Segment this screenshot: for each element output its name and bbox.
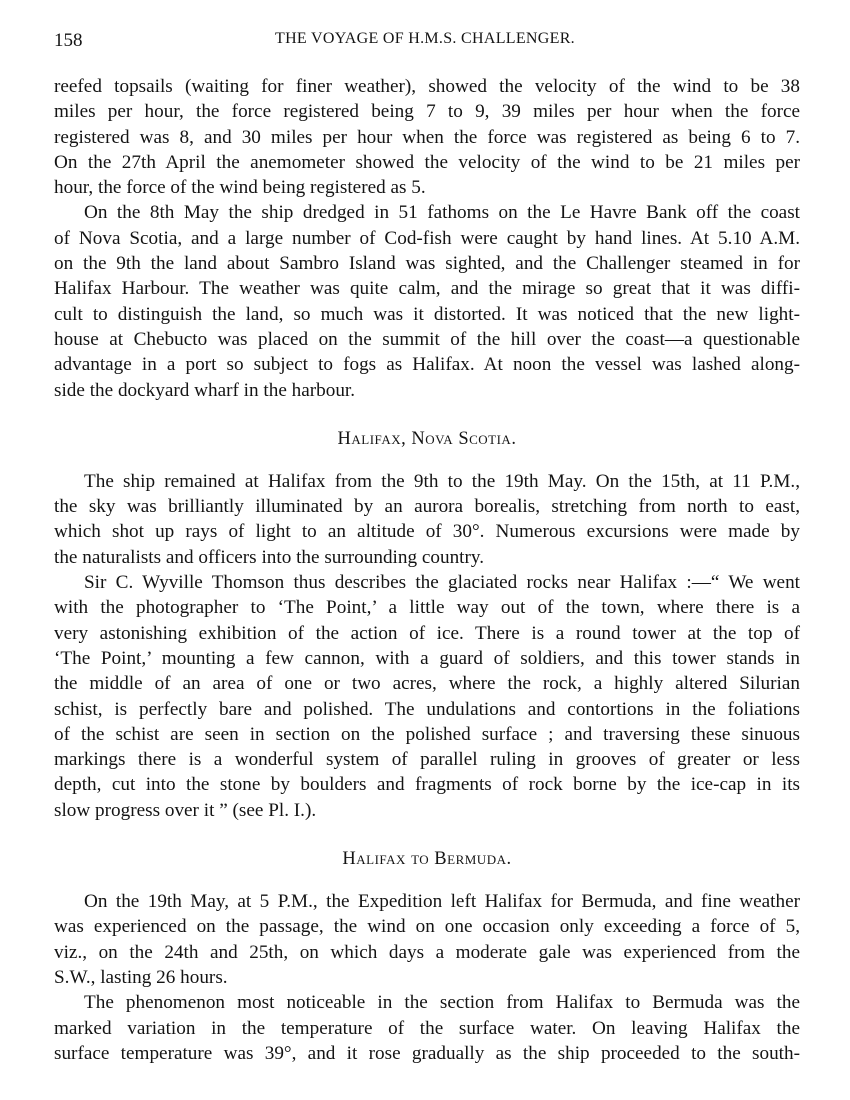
text-line: the naturalists and officers into the su… <box>54 545 800 570</box>
text-line: house at Chebucto was placed on the summ… <box>54 327 800 352</box>
text-line: on the 9th the land about Sambro Island … <box>54 251 800 276</box>
spacer <box>54 403 800 427</box>
text-line: The phenomenon most noticeable in the se… <box>54 990 800 1015</box>
text-line: ‘The Point,’ mounting a few cannon, with… <box>54 646 800 671</box>
running-title: THE VOYAGE OF H.M.S. CHALLENGER. <box>54 30 796 48</box>
running-head: 158 THE VOYAGE OF H.M.S. CHALLENGER. <box>54 30 796 60</box>
text-line: the sky was brilliantly illuminated by a… <box>54 494 800 519</box>
text-line: Sir C. Wyville Thomson thus describes th… <box>54 570 800 595</box>
text-line: The ship remained at Halifax from the 9t… <box>54 469 800 494</box>
text-line: advantage in a port so subject to fogs a… <box>54 352 800 377</box>
text-line: surface temperature was 39°, and it rose… <box>54 1041 800 1066</box>
text-line: On the 8th May the ship dredged in 51 fa… <box>54 200 800 225</box>
text-line: depth, cut into the stone by boulders an… <box>54 772 800 797</box>
text-line: miles per hour, the force registered bei… <box>54 99 800 124</box>
text-line: reefed topsails (waiting for finer weath… <box>54 74 800 99</box>
paragraph: On the 19th May, at 5 P.M., the Expediti… <box>54 889 800 990</box>
spacer <box>54 823 800 847</box>
text-line: with the photographer to ‘The Point,’ a … <box>54 595 800 620</box>
spacer <box>54 452 800 469</box>
text-line: Halifax Harbour. The weather was quite c… <box>54 276 800 301</box>
text-line: hour, the force of the wind being regist… <box>54 175 800 200</box>
text-line: slow progress over it ” (see Pl. I.). <box>54 798 800 823</box>
text-line: schist, is perfectly bare and polished. … <box>54 697 800 722</box>
section-heading: Halifax, Nova Scotia. <box>54 427 800 452</box>
paragraph: On the 8th May the ship dredged in 51 fa… <box>54 200 800 402</box>
text-line: of Nova Scotia, and a large number of Co… <box>54 226 800 251</box>
text-line: was experienced on the passage, the wind… <box>54 914 800 939</box>
text-line: On the 27th April the anemometer showed … <box>54 150 800 175</box>
text-line: very astonishing exhibition of the actio… <box>54 621 800 646</box>
text-line: marked variation in the temperature of t… <box>54 1016 800 1041</box>
text-line: S.W., lasting 26 hours. <box>54 965 800 990</box>
text-line: markings there is a wonderful system of … <box>54 747 800 772</box>
text-line: On the 19th May, at 5 P.M., the Expediti… <box>54 889 800 914</box>
paragraph: Sir C. Wyville Thomson thus describes th… <box>54 570 800 823</box>
text-line: of the schist are seen in section on the… <box>54 722 800 747</box>
paragraph: The ship remained at Halifax from the 9t… <box>54 469 800 570</box>
paragraph: reefed topsails (waiting for finer weath… <box>54 74 800 200</box>
text-line: registered was 8, and 30 miles per hour … <box>54 125 800 150</box>
paragraph: The phenomenon most noticeable in the se… <box>54 990 800 1066</box>
text-line: side the dockyard wharf in the harbour. <box>54 378 800 403</box>
section-heading: Halifax to Bermuda. <box>54 847 800 872</box>
text-line: cult to distinguish the land, so much wa… <box>54 302 800 327</box>
book-page: 158 THE VOYAGE OF H.M.S. CHALLENGER. ree… <box>0 0 850 1100</box>
spacer <box>54 872 800 889</box>
body-text: reefed topsails (waiting for finer weath… <box>54 74 800 1066</box>
text-line: viz., on the 24th and 25th, on which day… <box>54 940 800 965</box>
text-line: which shot up rays of light to an altitu… <box>54 519 800 544</box>
text-line: the middle of an area of one or two acre… <box>54 671 800 696</box>
